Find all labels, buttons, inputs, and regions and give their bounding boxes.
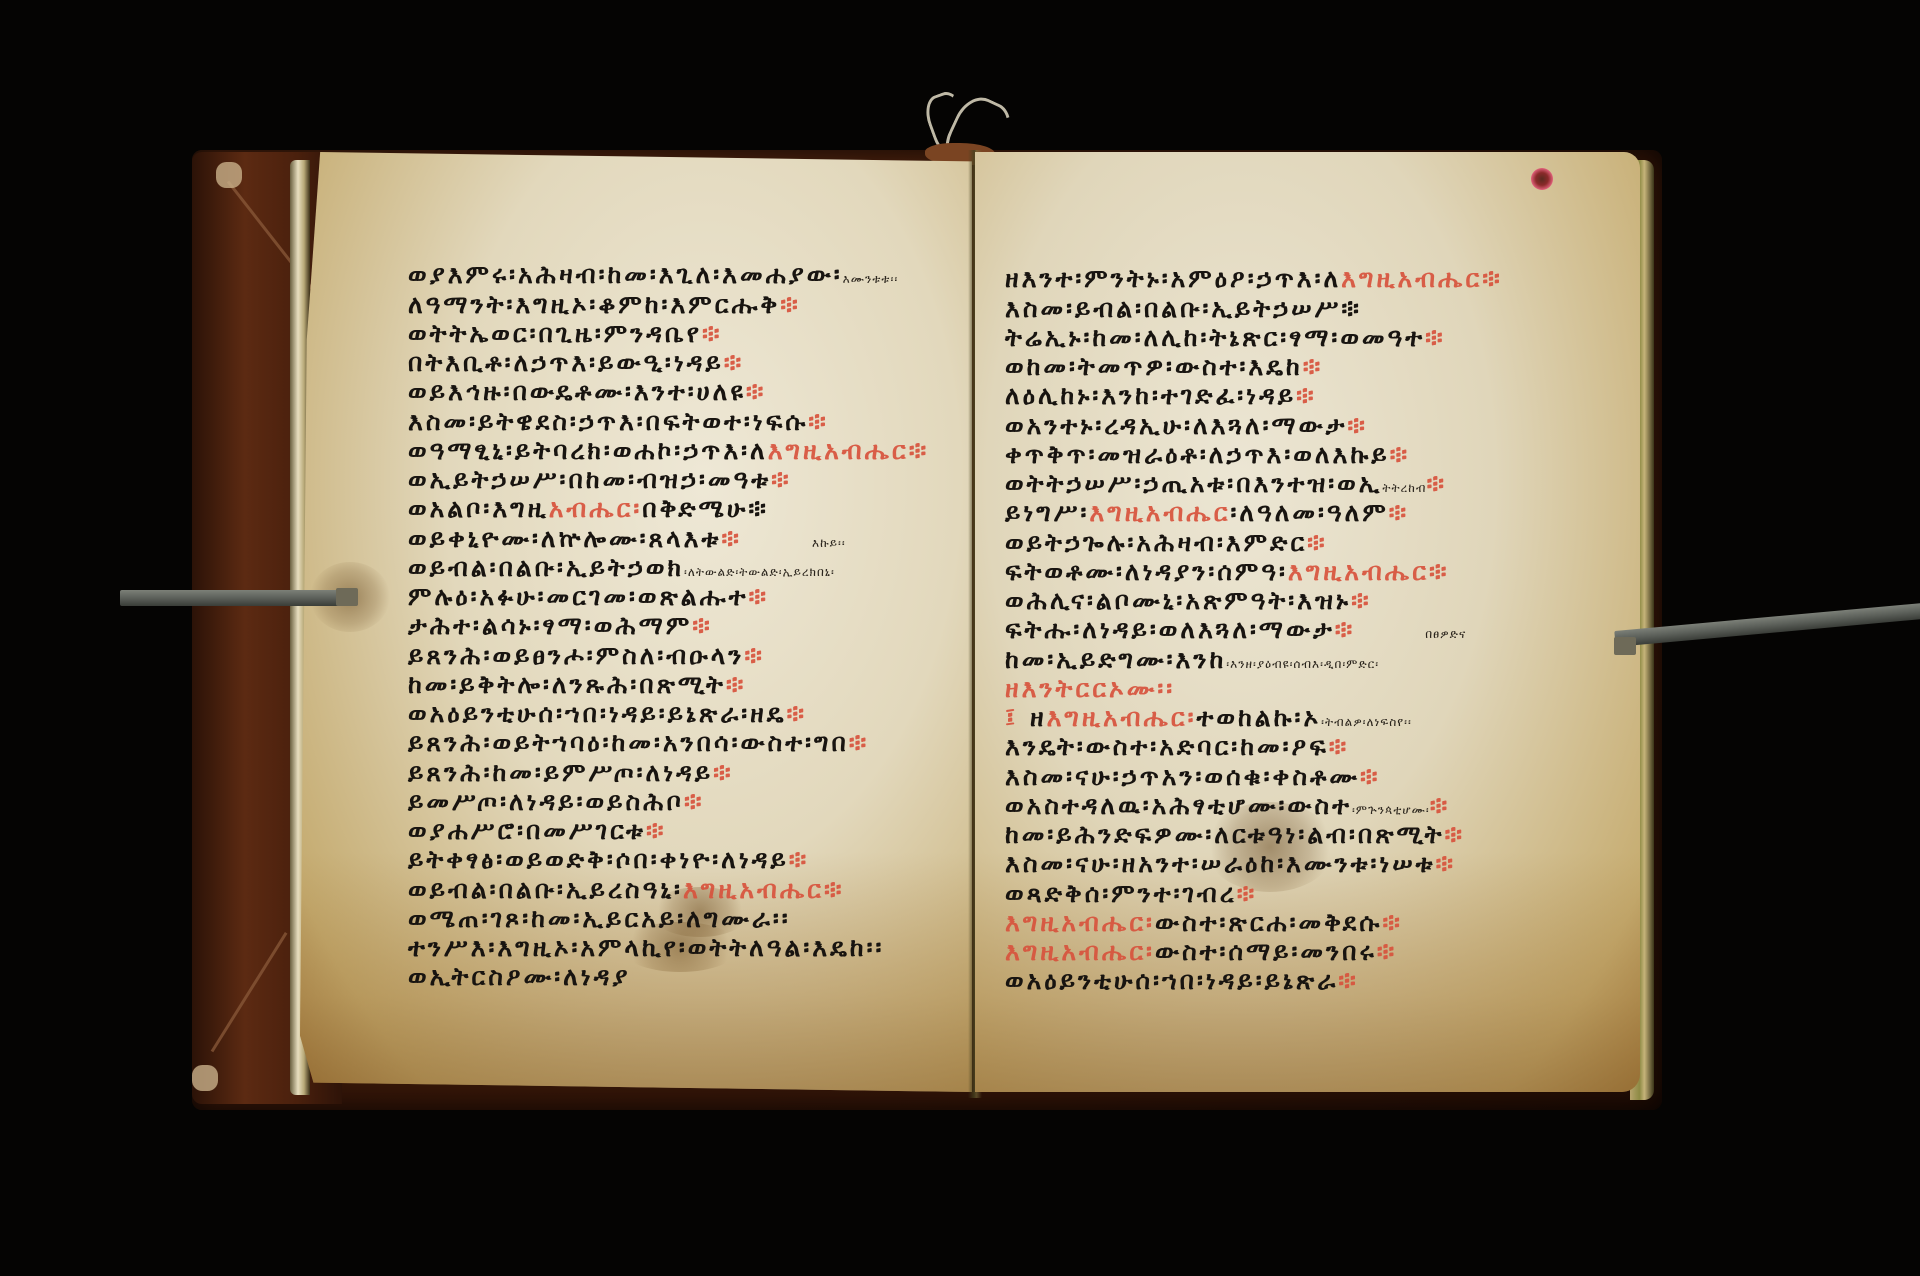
text-line: ለዓማንት፡እግዚኦ፡ቆምከ፡እምርሑቅ፨ xyxy=(408,290,801,320)
rubric-text: ፨ xyxy=(771,465,792,494)
bookmark-strip-right-tip xyxy=(1614,637,1636,655)
text-line: ይነግሥ፡እግዚአብሔር፡ለዓለመ፡ዓለም፨ xyxy=(1005,498,1409,528)
bookmark-strip-left xyxy=(120,590,345,606)
text-line: ይጸንሕ፡ወይፀንሖ፡ምስለ፡ብዑላን፨ xyxy=(408,641,765,671)
ink-text: ወይብል፡በልቡ፡ኢይትኃወክ xyxy=(408,553,684,582)
ink-text: ትሬኢኑ፡ከመ፡ለሊከ፡ትኔጽር፡ፃማ፡ወመዓተ xyxy=(1005,323,1425,352)
text-line: ቀጥቅጥ፡መዝራዕቶ፡ለኃጥእ፡ወለእኩይ፨ xyxy=(1005,440,1410,470)
ink-text: ወኢትርስዖሙ፡ለነዳያ xyxy=(408,962,630,991)
text-line: ዘእንትርርኦሙ፡፡ xyxy=(1005,674,1175,704)
rubric-text: አብሔር፡ xyxy=(549,494,643,523)
text-line: ከመ፡ይቅትሎ፡ለንጹሕ፡በጽሚት፨ xyxy=(408,670,746,700)
rubric-text: ፨ xyxy=(1329,732,1350,761)
ink-text: ተንሥእ፡እግዚኦ፡አምላኪየ፡ወትትለዓል፡እዴከ፡፡ xyxy=(408,933,884,962)
rubric-text: ፨ xyxy=(713,758,734,787)
rubric-text: ፨ xyxy=(849,728,870,757)
ink-text: ፡ትብልዎ፡ለነፍስየ፡፡ xyxy=(1321,715,1412,729)
rubric-text: ፨ xyxy=(1351,586,1372,615)
text-line: ወይብል፡በልቡ፡ኢይረስዓኒ፡እግዚአብሔር፨ xyxy=(408,875,845,905)
rubric-text: ፨ xyxy=(1237,879,1258,908)
rubric-text: እግዚአብሔር፡ xyxy=(1005,937,1155,966)
text-line: ፍትወቶሙ፡ለነዳያን፡ሰምዓ፡እግዚአብሔር፨ xyxy=(1005,557,1450,587)
ink-text: ለዓማንት፡እግዚኦ፡ቆምከ፡እምርሑቅ xyxy=(408,290,780,319)
ink-text: ፨ xyxy=(1341,294,1362,323)
ink-text: ወትትኤወር፡በጊዜ፡ምንዳቤየ xyxy=(408,319,702,348)
bookmark-strip-left-tip xyxy=(336,588,358,606)
ink-text: ወአዕይንቲሁሰ፡ኀበ፡ነዳይ፡ይኔጽራ xyxy=(1005,966,1338,995)
text-line: እንዴት፡ውስተ፡አድባር፡ከመ፡ዖፍ፨ xyxy=(1005,732,1349,762)
ink-text: ወኢይትኃሠሥ፡በከመ፡ብዝኃ፡መዓቱ xyxy=(408,465,771,494)
text-line: ወሜጠ፡ገጾ፡ከመ፡ኢይርአይ፡ለግሙራ፡፡ xyxy=(408,904,791,934)
ink-text: ፍትሑ፡ለነዳይ፡ወለእጓለ፡ማውታ xyxy=(1005,615,1335,644)
ink-text: ይመሥጦ፡ለነዳይ፡ወይስሕቦ xyxy=(408,787,684,816)
ink-text: ለዕሊከኑ፡እንከ፡ተገድፈ፡ነዳይ xyxy=(1005,381,1296,410)
text-line: ወያሐሥሮ፡በመሥገርቱ፨ xyxy=(408,816,667,846)
text-line: ወሕሊና፡ልቦሙኒ፡አጽምዓት፡እዝኑ፨ xyxy=(1005,586,1372,616)
ink-text: ውስተ፡ሰማይ፡መንበሩ xyxy=(1155,937,1377,966)
ink-text: ቱ፡፡ xyxy=(881,272,898,286)
text-line: ወከመ፡ትመጥዎ፡ውስተ፡እዴከ፨ xyxy=(1005,352,1323,382)
text-line: ታሕተ፡ልሳኑ፡ፃማ፡ወሕማም፨ xyxy=(408,611,713,641)
ink-text: እስመ፡ይብል፡በልቡ፡ኢይትኃሠሥ xyxy=(1005,294,1341,323)
rubric-text: ፨ xyxy=(1390,440,1411,469)
rubric-text: ፨ xyxy=(780,290,801,319)
rubric-text: ፨ xyxy=(726,670,747,699)
text-line: ተንሥእ፡እግዚኦ፡አምላኪየ፡ወትትለዓል፡እዴከ፡፡ xyxy=(408,933,884,963)
ink-text: ይነግሥ፡ xyxy=(1005,498,1089,527)
ink-text: ከመ፡ይቅትሎ፡ለንጹሕ፡በጽሚት xyxy=(408,670,726,699)
text-line: ወአዕይንቲሁሰ፡ኀበ፡ነዳይ፡ይኔጽራ፡ዘዴ፨ xyxy=(408,699,807,729)
rubric-text: እግዚአብሔር xyxy=(1341,264,1482,293)
text-line: ይጸንሕ፡ከመ፡ይምሥጦ፡ለነዳይ፨ xyxy=(408,758,734,788)
ink-text: እስመ፡ናሁ፡ዘአንተ፡ሠራዕከ፡እሙንቱ፡ነሠቱ xyxy=(1005,849,1436,878)
rubric-text: ፨ xyxy=(749,582,770,611)
ink-text: ወያሐሥሮ፡በመሥገርቱ xyxy=(408,816,646,845)
rubric-text: ፨ xyxy=(692,611,713,640)
ink-text: እስመ፡ናሁ፡ኃጥአን፡ወሰቁ፡ቀስቶሙ xyxy=(1005,762,1360,791)
text-line: ይትቀፃፅ፡ወይወድቅ፡ሶበ፡ቀነዮ፡ለነዳይ፨ xyxy=(408,845,809,875)
text-line: ወአልቦ፡እግዚአብሔር፡በቅድሜሁ፨ xyxy=(408,494,769,524)
text-line: ትሬኢኑ፡ከመ፡ለሊከ፡ትኔጽር፡ፃማ፡ወመዓተ፨ xyxy=(1005,323,1446,353)
ink-text: ይጸንሕ፡ወይፀንሖ፡ምስለ፡ብዑላን xyxy=(408,641,744,670)
ink-text: ዘ xyxy=(1018,703,1046,732)
ink-text: ቀጥቅጥ፡መዝራዕቶ፡ለኃጥእ፡ወለእኩይ xyxy=(1005,440,1390,469)
text-line: ወጻድቅሰ፡ምንተ፡ገብረ፨ xyxy=(1005,879,1257,909)
ink-text: ወትትኃሠሥ፡ኃጢአቱ፡በእንተዝ፡ወኢ xyxy=(1005,469,1382,498)
rubric-text: እግዚአብሔር xyxy=(1089,498,1230,527)
ink-text: ውስተ፡ጽርሐ፡መቅደሱ xyxy=(1155,908,1382,937)
ink-text: ምሉዕ፡አፉሁ፡መርገመ፡ወጽልሑተ xyxy=(408,582,749,611)
rubric-text: ፨ xyxy=(808,407,829,436)
text-line: ወአዕይንቲሁሰ፡ኀበ፡ነዳይ፡ይኔጽራ፨ xyxy=(1005,966,1359,996)
rubric-text: ፨ xyxy=(684,787,705,816)
text-line: ወይእኅዙ፡በውዴቶሙ፡እንተ፡ሀለዩ፨ xyxy=(408,377,766,407)
text-line: በትእቢቶ፡ለኃጥእ፡ይውዒ፡ነዳይ፨ xyxy=(408,348,744,378)
ink-text: ፨ xyxy=(748,494,769,523)
rubric-text: እግዚአብሔር xyxy=(1288,557,1429,586)
ink-text: ወአንተኑ፡ረዳኢሁ፡ለእጓለ፡ማውታ xyxy=(1005,411,1347,440)
ink-text: ወአልቦ፡እግዚ xyxy=(408,494,549,523)
text-line: እስመ፡ይትዌደስ፡ኃጥእ፡በፍትወተ፡ነፍሱ፨ xyxy=(408,407,829,437)
rubric-text: ዘእንትርርኦሙ፡፡ xyxy=(1005,674,1175,703)
ink-text: ወይትኃጐሉ፡አሕዛብ፡እምድር xyxy=(1005,528,1307,557)
ink-text: ይጸንሕ፡ወይትኀባዕ፡ከመ፡አንበሳ፡ውስተ፡ግበ xyxy=(408,728,849,757)
text-line: ይመሥጦ፡ለነዳይ፡ወይስሕቦ፨ xyxy=(408,787,705,817)
rubric-text: ፨ xyxy=(744,641,765,670)
ink-text: ፡እንዘ፡ያዕብዩ፡ሰብእ፡ዲበ፡ምድር፡ xyxy=(1226,657,1379,671)
rubric-text: ፨ xyxy=(724,348,745,377)
text-line: እስመ፡ናሁ፡ዘአንተ፡ሠራዕከ፡እሙንቱ፡ነሠቱ፨ xyxy=(1005,849,1456,879)
rubric-text: ፨ xyxy=(1338,966,1359,995)
ink-text: ወጻድቅሰ፡ምንተ፡ገብረ xyxy=(1005,879,1237,908)
rubric-text: እግዚአብሔር፡ xyxy=(1047,703,1197,732)
rubric-text: ፨ xyxy=(1426,469,1447,498)
rubric-text: ፨ xyxy=(1382,908,1403,937)
ink-text: ወአዕይንቲሁሰ፡ኀበ፡ነዳይ፡ይኔጽራ፡ዘዴ xyxy=(408,699,786,728)
rubric-text: ፨ xyxy=(1429,557,1450,586)
text-line: ዘእንተ፡ምንትኑ፡አምዕዖ፡ኃጥእ፡ለእግዚአብሔር፨ xyxy=(1005,264,1503,294)
ink-text: ወይእኅዙ፡በውዴቶሙ፡እንተ፡ሀለዩ xyxy=(408,377,746,406)
ink-text: ወከመ፡ትመጥዎ፡ውስተ፡እዴከ xyxy=(1005,352,1303,381)
ink-text: እስመ፡ይትዌደስ፡ኃጥእ፡በፍትወተ፡ነፍሱ xyxy=(408,407,808,436)
text-line: ወኢትርስዖሙ፡ለነዳያ xyxy=(408,962,630,992)
text-line: ፍትሑ፡ለነዳይ፡ወለእጓለ፡ማውታ፨በፀዎድና xyxy=(1005,615,1466,649)
rubric-text: ፨ xyxy=(789,845,810,874)
text-line: ለዕሊከኑ፡እንከ፡ተገድፈ፡ነዳይ፨ xyxy=(1005,381,1317,411)
rubric-text: ፨ xyxy=(721,524,742,553)
rubric-text: ፨ xyxy=(1303,352,1324,381)
text-line: ምሉዕ፡አፉሁ፡መርገመ፡ወጽልሑተ፨ xyxy=(408,582,769,612)
ink-text: ፍትወቶሙ፡ለነዳያን፡ሰምዓ፡ xyxy=(1005,557,1288,586)
rubric-text: ፨ xyxy=(1444,820,1465,849)
rubric-text: ፨ xyxy=(1296,381,1317,410)
ink-text: ወሕሊና፡ልቦሙኒ፡አጽምዓት፡እዝኑ xyxy=(1005,586,1351,615)
rubric-text: ፨ xyxy=(1377,937,1398,966)
ink-text: ወአስተዳለዉ፡አሕፃቲሆሙ፡ውስተ xyxy=(1005,791,1352,820)
ink-text: በቅድሜሁ xyxy=(642,494,748,523)
text-line: እስመ፡ይብል፡በልቡ፡ኢይትኃሠሥ፨ xyxy=(1005,294,1362,324)
ink-text: ወይቀኒዮሙ፡ለኵሎሙ፡ጸላእቱ xyxy=(408,524,721,553)
rubric-text: ፨ xyxy=(646,816,667,845)
rubric-text: ፨ xyxy=(786,699,807,728)
rubric-text: ፨ xyxy=(1347,411,1368,440)
ink-text: ታሕተ፡ልሳኑ፡ፃማ፡ወሕማም xyxy=(408,611,692,640)
rubric-text: ፤ xyxy=(1005,703,1018,732)
ink-text: ትትረከብ xyxy=(1382,481,1426,495)
text-line: ይጸንሕ፡ወይትኀባዕ፡ከመ፡አንበሳ፡ውስተ፡ግበ፨ xyxy=(408,728,869,758)
rubric-text: ፨ xyxy=(1389,498,1410,527)
ink-text: ፡ለዓለመ፡ዓለም xyxy=(1230,498,1388,527)
right-page: ዘእንተ፡ምንትኑ፡አምዕዖ፡ኃጥእ፡ለእግዚአብሔር፨ እስመ፡ይብል፡በልቡ… xyxy=(975,152,1640,1092)
rubric-text: እግዚአብሔር፡ xyxy=(1005,908,1155,937)
cover-worn-corner xyxy=(216,162,242,188)
text-line: ከመ፡ይሕንድፍዎሙ፡ለርቱዓነ፡ልብ፡በጽሚት፨ xyxy=(1005,820,1465,850)
ink-text: ፡ምጕንጳቲሆሙ፡ xyxy=(1352,803,1430,817)
rubric-text: ፨ xyxy=(1436,849,1457,878)
text-line: ወዓማፂኒ፡ይትባረክ፡ወሐኮ፡ኃጥእ፡ለእግዚአብሔር፨ xyxy=(408,436,929,466)
ink-text: ዘእንተ፡ምንትኑ፡አምዕዖ፡ኃጥእ፡ለ xyxy=(1005,264,1341,293)
ink-text: ከመ፡ይሕንድፍዎሙ፡ለርቱዓነ፡ልብ፡በጽሚት xyxy=(1005,820,1444,849)
ink-text: እንዴት፡ውስተ፡አድባር፡ከመ፡ዖፍ xyxy=(1005,732,1329,761)
rubric-text: ፨ xyxy=(1360,762,1381,791)
text-line: ወይትኃጐሉ፡አሕዛብ፡እምድር፨ xyxy=(1005,528,1328,558)
rubric-text: ፨ xyxy=(1425,323,1446,352)
manuscript-photo: ወያእምሩ፡አሕዛብ፡ከመ፡እጊለ፡እመሐያው፡እሙንቱቱ፡፡ ለዓማንት፡እግ… xyxy=(0,0,1920,1276)
rubric-text: ፨ xyxy=(746,377,767,406)
ink-text: ወያእምሩ፡አሕዛብ፡ከመ፡እጊለ፡እመሐያው፡ xyxy=(408,260,843,289)
ink-text: ተወከልኩ፡ኦ xyxy=(1197,703,1322,732)
marginal-note: በፀዎድና xyxy=(1425,627,1466,641)
text-line: እስመ፡ናሁ፡ኃጥአን፡ወሰቁ፡ቀስቶሙ፨ xyxy=(1005,762,1381,792)
ink-text: ይትቀፃፅ፡ወይወድቅ፡ሶበ፡ቀነዮ፡ለነዳይ xyxy=(408,845,789,874)
rubric-text: ፨ xyxy=(1307,528,1328,557)
rubric-text: ፨ xyxy=(824,875,845,904)
text-line: እግዚአብሔር፡ውስተ፡ጽርሐ፡መቅደሱ፨ xyxy=(1005,908,1403,938)
rubric-text: ፨ xyxy=(702,319,723,348)
rubric-text: ፨ xyxy=(1430,791,1451,820)
rubric-text: እግዚአብሔር xyxy=(768,436,909,465)
rubric-text: ፨ xyxy=(1482,264,1503,293)
ink-text: ይጸንሕ፡ከመ፡ይምሥጦ፡ለነዳይ xyxy=(408,758,713,787)
text-line: ወትትኤወር፡በጊዜ፡ምንዳቤየ፨ xyxy=(408,319,723,349)
ink-text: ወሜጠ፡ገጾ፡ከመ፡ኢይርአይ፡ለግሙራ፡፡ xyxy=(408,904,791,933)
ink-text: ፡ለትውልድ፡ትውልድ፡ኢይረክበኒ፡ xyxy=(684,565,835,579)
rubric-text: ፨ xyxy=(1335,615,1356,644)
text-line: ወኢይትኃሠሥ፡በከመ፡ብዝኃ፡መዓቱ፨ xyxy=(408,465,792,495)
ink-text: በትእቢቶ፡ለኃጥእ፡ይውዒ፡ነዳይ xyxy=(408,348,724,377)
ink-text: እሙንቱ xyxy=(843,272,882,286)
text-line: ወያእምሩ፡አሕዛብ፡ከመ፡እጊለ፡እመሐያው፡እሙንቱቱ፡፡ xyxy=(408,260,898,294)
ink-text: ወዓማፂኒ፡ይትባረክ፡ወሐኮ፡ኃጥእ፡ለ xyxy=(408,436,768,465)
cover-worn-corner xyxy=(192,1065,218,1091)
text-line: እግዚአብሔር፡ውስተ፡ሰማይ፡መንበሩ፨ xyxy=(1005,937,1397,967)
left-page: ወያእምሩ፡አሕዛብ፡ከመ፡እጊለ፡እመሐያው፡እሙንቱቱ፡፡ ለዓማንት፡እግ… xyxy=(300,152,972,1092)
marginal-note: እኩይ፡፡ xyxy=(812,536,846,550)
text-line: ወአንተኑ፡ረዳኢሁ፡ለእጓለ፡ማውታ፨ xyxy=(1005,411,1368,441)
red-seal-mark xyxy=(1531,168,1553,190)
rubric-text: ፨ xyxy=(909,436,930,465)
rubric-text: እግዚአብሔር xyxy=(683,875,824,904)
ink-text: ወይብል፡በልቡ፡ኢይረስዓኒ፡ xyxy=(408,875,683,904)
ink-text: ከመ፡ኢይድግሙ፡እንከ xyxy=(1005,645,1226,674)
